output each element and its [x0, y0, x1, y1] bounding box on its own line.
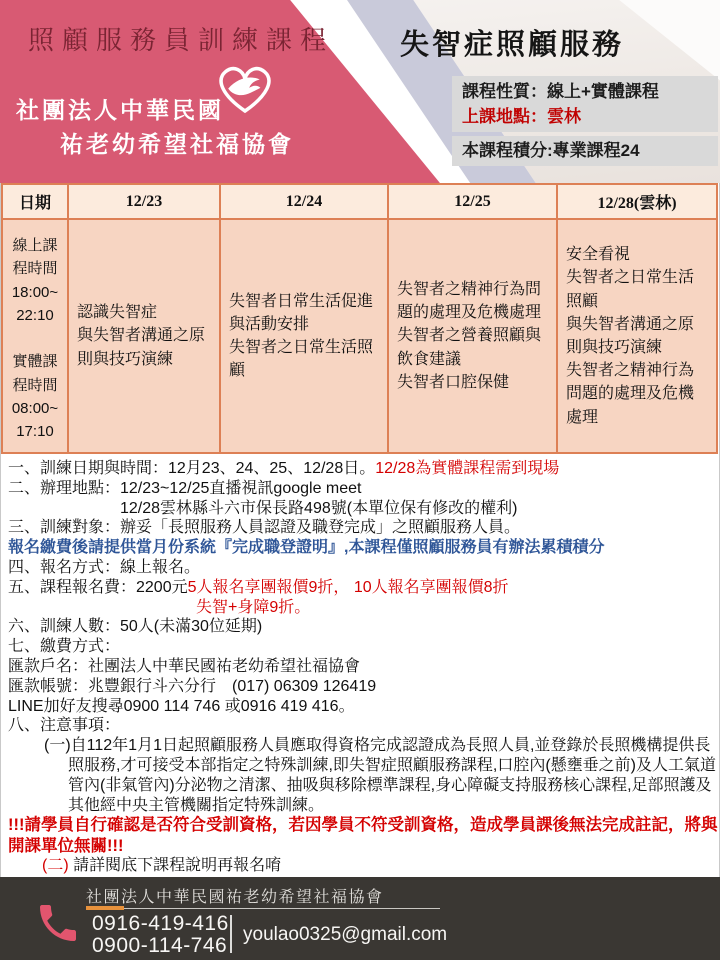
notes-section: 一、訓練日期與時間：12月23、24、25、12/28日。12/28為實體課程需… [0, 459, 720, 876]
note-7c-line: LINE加好友搜尋0900 114 746 或0916 419 416。 [8, 697, 720, 717]
col-header-1225: 12/25 [389, 185, 556, 218]
note-4: 四、報名方式：線上報名。 [8, 558, 720, 578]
note-5-text: 五、課程報名費：2200元 [8, 579, 188, 596]
course-credits: 本課程積分:專業課程24 [462, 139, 708, 163]
note-2b: 12/28雲林縣斗六市保長路498號(本單位保有修改的權利) [120, 499, 720, 519]
cell-course-times: 線上課程時間 18:00~ 22:10 實體課程時間 08:00~ 17:10 [3, 220, 67, 452]
program-title: 照顧服務員訓練課程 [28, 20, 334, 57]
col-header-1223: 12/23 [69, 185, 219, 218]
course-nature: 課程性質：線上+實體課程 [462, 79, 708, 104]
note-8b: (二) 請詳閱底下課程說明再報名唷 [42, 856, 720, 876]
note-8b-text: 請詳閱底下課程說明再報名唷 [69, 857, 281, 874]
note-7b-account-number: 匯款帳號：兆豐銀行斗六分行 (017) 06309 126419 [8, 677, 720, 697]
note-8: 八、注意事項： [8, 716, 720, 736]
footer-phone-numbers: 0916-419-416 0900-114-746 [92, 913, 229, 957]
cell-1228-topics: 安全看視 失智者之日常生活照顧 與失智者溝通之原則與技巧演練 失智者之精神行為問… [558, 220, 716, 452]
phone-number-2: 0900-114-746 [92, 935, 229, 957]
note-2: 二、辦理地點：12/23~12/25直播視訊google meet [8, 479, 720, 499]
footer-vertical-divider [230, 915, 232, 953]
note-6: 六、訓練人數：50人(未滿30位延期) [8, 617, 720, 637]
cell-1225-topics: 失智者之精神行為問題的處理及危機處理 失智者之營養照顧與飲食建議 失智者口腔保健 [389, 220, 556, 452]
col-header-1224: 12/24 [221, 185, 387, 218]
heart-dove-logo-icon [210, 62, 280, 118]
header-banner: 照顧服務員訓練課程 社團法人中華民國 祐老幼希望社福協會 失智症照顧服務 課程性… [0, 0, 720, 183]
note-7a-account-name: 匯款戶名：社團法人中華民國祐老幼希望社福協會 [8, 657, 720, 677]
cell-1223-topics: 認識失智症 與失智者溝通之原則與技巧演練 [69, 220, 219, 452]
note-3: 三、訓練對象：辦妥「長照服務人員認證及職登完成」之照顧服務人員。 [8, 518, 720, 538]
col-header-1228: 12/28(雲林) [558, 185, 716, 218]
note-5: 五、課程報名費：2200元5人報名享團報價9折， 10人報名享團報價8折 [8, 578, 720, 598]
note-7: 七、繳費方式： [8, 637, 720, 657]
note-1: 一、訓練日期與時間：12月23、24、25、12/28日。12/28為實體課程需… [8, 459, 720, 479]
course-credit-box: 本課程積分:專業課程24 [452, 136, 718, 166]
note-8a: (一)自112年1月1日起照顧服務人員應取得資格完成認證成為長照人員,並登錄於長… [68, 736, 720, 815]
org-name-line1: 社團法人中華民國 [16, 92, 224, 125]
footer-divider-line [86, 908, 440, 909]
footer: 社團法人中華民國祐老幼希望社福協會 0916-419-416 0900-114-… [0, 877, 720, 960]
note-5b: 失智+身障9折。 [196, 598, 720, 618]
course-info-box: 課程性質：線上+實體課程 上課地點：雲林 [452, 76, 718, 132]
phone-number-1: 0916-419-416 [92, 913, 229, 935]
col-header-date: 日期 [3, 185, 67, 218]
footer-email: youlao0325@gmail.com [243, 924, 447, 946]
phone-icon [34, 899, 82, 947]
course-location: 上課地點：雲林 [462, 104, 708, 129]
cell-1224-topics: 失智者日常生活促進與活動安排 失智者之日常生活照顧 [221, 220, 387, 452]
footer-accent-underline [86, 906, 124, 910]
note-blue-certificate: 報名繳費後請提供當月份系統『完成職登證明』,本課程僅照顧服務員有辦法累積積分 [8, 538, 720, 558]
note-8b-num: (二) [42, 857, 69, 874]
note-1-red: 12/28為實體課程需到現場 [375, 460, 559, 477]
warning-text: !!!請學員自行確認是否符合受訓資格，若因學員不符受訓資格，造成學員課後無法完成… [8, 815, 720, 856]
course-title: 失智症照顧服務 [400, 22, 624, 63]
flyer-page: 照顧服務員訓練課程 社團法人中華民國 祐老幼希望社福協會 失智症照顧服務 課程性… [0, 0, 720, 960]
org-name-line2: 祐老幼希望社福協會 [60, 126, 294, 159]
schedule-table: 日期 12/23 12/24 12/25 12/28(雲林) 線上課程時間 18… [1, 183, 718, 454]
note-1-text: 一、訓練日期與時間：12月23、24、25、12/28日。 [8, 460, 375, 477]
footer-org-name: 社團法人中華民國祐老幼希望社福協會 [86, 884, 384, 907]
note-5-red: 5人報名享團報價9折， 10人報名享團報價8折 [188, 579, 509, 596]
